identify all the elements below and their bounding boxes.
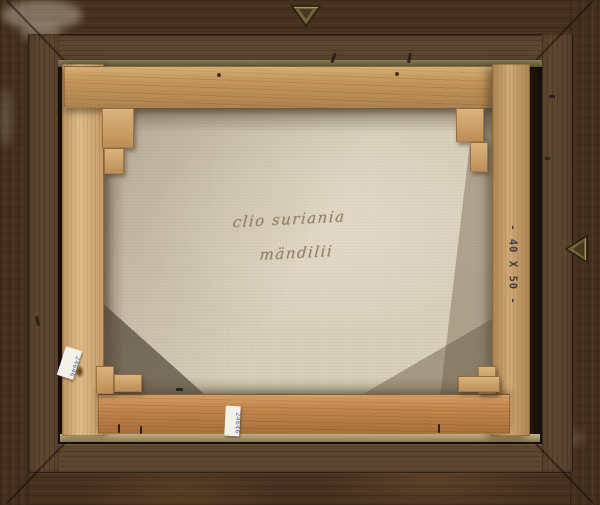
staple-mark <box>438 424 440 433</box>
hanging-triangle-icon <box>290 4 322 28</box>
hanging-triangle-icon <box>563 234 589 264</box>
nail-hole <box>217 73 221 77</box>
frame-inner-lip-top <box>28 34 572 61</box>
stretcher-corner-key <box>104 148 124 174</box>
framed-painting-back-photo: clio suriania mändilii - 40 X 50 - 24646… <box>0 0 600 505</box>
size-stamp-40x50: - 40 X 50 - <box>506 223 519 307</box>
nail-mark <box>545 157 550 160</box>
canvas-shadow-top <box>103 107 494 133</box>
frame-rebate-opening: clio suriania mändilii - 40 X 50 - 24646… <box>58 60 542 444</box>
pencil-inscription: clio suriania mändilii <box>228 193 474 274</box>
stretcher-corner-key <box>456 108 484 142</box>
stretcher-bar-bottom <box>98 394 510 434</box>
nail-hole <box>395 72 399 76</box>
frame-inner-lip-left <box>28 34 59 472</box>
stretcher-corner-key <box>96 366 114 394</box>
staple-mark <box>176 388 183 391</box>
frame-inner-lip-bottom <box>28 444 572 473</box>
staple-mark <box>118 424 120 433</box>
stretcher-corner-key <box>102 108 134 148</box>
canvas-verso: clio suriania mändilii <box>103 107 494 397</box>
stretcher-corner-key <box>470 142 488 172</box>
stretcher-corner-key <box>114 374 142 392</box>
inventory-label-bottom: 24646 <box>224 406 241 437</box>
frame-outer-wood-left <box>0 0 30 505</box>
stretcher-corner-key <box>458 376 500 392</box>
paint-scuff <box>0 88 12 148</box>
nail-mark <box>549 95 555 98</box>
stretcher-bar-top <box>64 66 510 108</box>
staple-mark <box>140 426 142 434</box>
gilt-edge-strip-bottom <box>60 434 540 442</box>
